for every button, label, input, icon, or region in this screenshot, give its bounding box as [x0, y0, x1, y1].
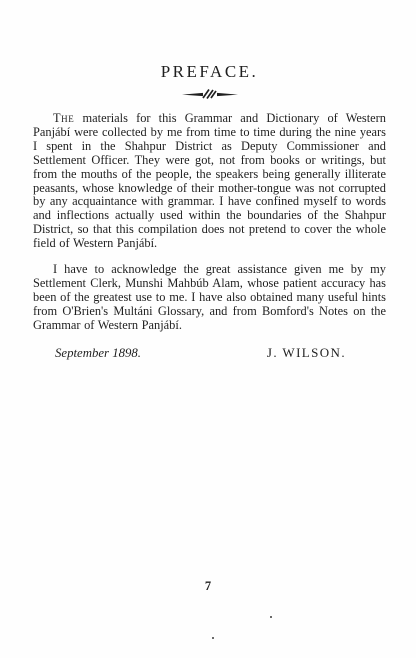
scanned-book-page: PREFACE. The materials for this Grammar …: [0, 0, 416, 658]
date-line: September 1898.: [55, 346, 141, 361]
lead-word-smallcaps: The: [53, 111, 74, 125]
ornament-wrap: [33, 87, 386, 101]
preface-text-block: PREFACE. The materials for this Grammar …: [33, 54, 386, 361]
preface-paragraph-2: I have to acknowledge the great assistan…: [33, 263, 386, 333]
scan-speck: [212, 637, 214, 639]
preface-paragraph-1: The materials for this Grammar and Dicti…: [33, 112, 386, 251]
page-number: 7: [0, 579, 416, 594]
scan-speck: [270, 616, 272, 618]
signoff-row: September 1898. J. WILSON.: [33, 345, 386, 361]
ornament-rule-icon: [181, 88, 239, 100]
page-title: PREFACE.: [33, 62, 386, 82]
author-signature: J. WILSON.: [267, 345, 346, 361]
paragraph-1-text: materials for this Grammar and Dictionar…: [33, 111, 386, 250]
